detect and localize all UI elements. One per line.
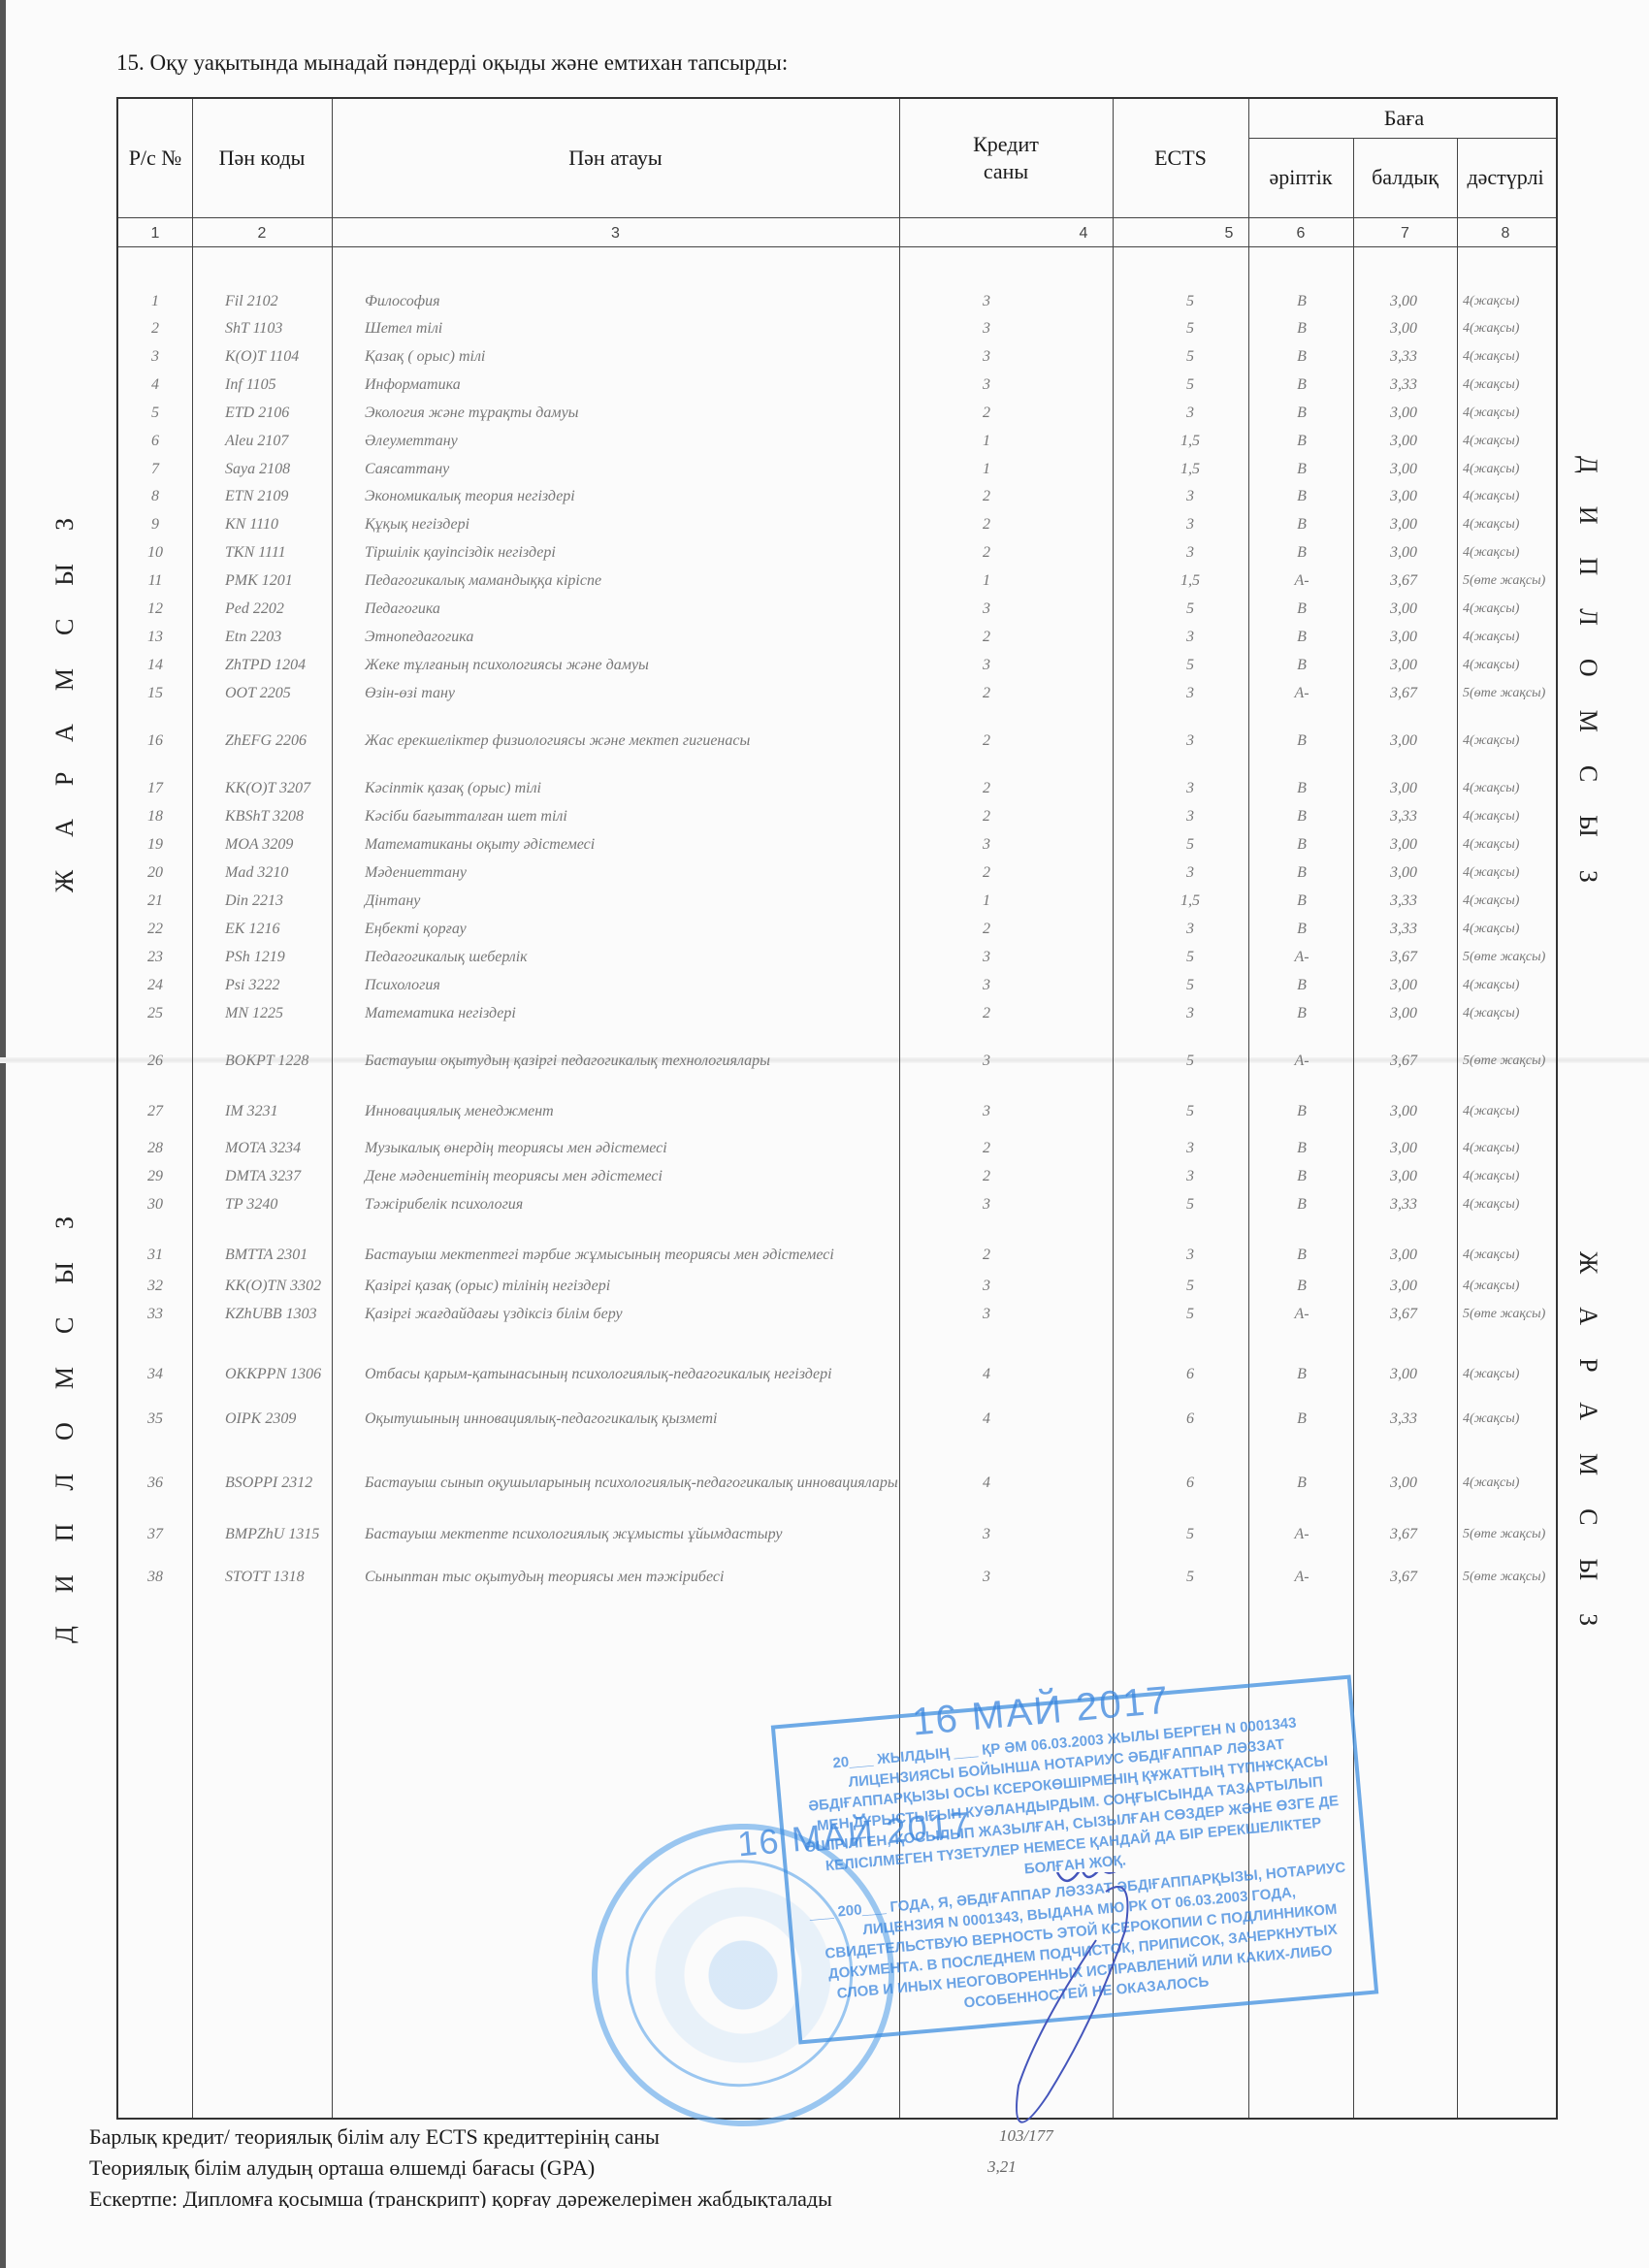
traditional-grade: 4(жақсы): [1463, 1406, 1589, 1433]
grade-points: 3,00: [1350, 483, 1457, 510]
credits: 3: [899, 343, 1074, 371]
ects-credits: 5: [1113, 831, 1248, 859]
credits: 4: [899, 1348, 1074, 1401]
header-name: Пән атауы: [332, 99, 899, 217]
traditional-grade: 4(жақсы): [1463, 624, 1589, 651]
ects-credits: 3: [1113, 916, 1248, 943]
total-credits-label: Барлық кредит/ теориялық білім алу ECTS …: [89, 2124, 660, 2150]
col-number: 2: [192, 220, 332, 247]
table-row: 1Fil 2102Философия35B3,004(жақсы): [118, 288, 1556, 315]
table-row: 38STOTT 1318Сыныптан тыс оқытудың теория…: [118, 1564, 1556, 1591]
table-row: 19MOA 3209Математиканы оқыту әдістемесі3…: [118, 831, 1556, 859]
ects-credits: 5: [1113, 1191, 1248, 1218]
grade-points: 3,33: [1350, 372, 1457, 399]
grade-points: 3,00: [1350, 539, 1457, 567]
ects-credits: 3: [1113, 859, 1248, 887]
subject-name: Өзін-өзі тану: [365, 680, 927, 707]
traditional-grade: 4(жақсы): [1463, 1348, 1589, 1401]
credits: 1: [899, 567, 1074, 595]
credits: 2: [899, 1000, 1074, 1027]
traditional-grade: 4(жақсы): [1463, 1191, 1589, 1218]
row-number: 9: [118, 511, 192, 538]
total-credits-value: 103/177: [999, 2126, 1053, 2146]
grade-points: 3,00: [1350, 1135, 1457, 1162]
credits: 2: [899, 728, 1074, 755]
letter-grade: B: [1248, 1191, 1355, 1218]
traditional-grade: 4(жақсы): [1463, 972, 1589, 999]
table-row: 26BOKPT 1228Бастауыш оқытудың қазіргі пе…: [118, 1048, 1556, 1075]
ects-credits: 5: [1113, 1508, 1248, 1561]
row-number: 20: [118, 859, 192, 887]
col-number: 6: [1248, 220, 1353, 247]
row-number: 26: [118, 1048, 192, 1075]
row-number: 14: [118, 652, 192, 679]
table-row: 32KK(O)TN 3302Қазіргі қазақ (орыс) тілін…: [118, 1273, 1556, 1300]
table-row: 20Mad 3210Мәдениеттану23B3,004(жақсы): [118, 859, 1556, 887]
traditional-grade: 4(жақсы): [1463, 888, 1589, 915]
grade-points: 3,33: [1350, 888, 1457, 915]
credits: 2: [899, 916, 1074, 943]
credits: 3: [899, 1508, 1074, 1561]
letter-grade: B: [1248, 1000, 1355, 1027]
credits: 2: [899, 680, 1074, 707]
traditional-grade: 4(жақсы): [1463, 728, 1589, 755]
subject-name: Педагогика: [365, 596, 927, 623]
credits: 3: [899, 652, 1074, 679]
traditional-grade: 5(өте жақсы): [1463, 944, 1589, 971]
table-row: 15OOT 2205Өзін-өзі тану23A-3,675(өте жақ…: [118, 680, 1556, 707]
table-row: 9KN 1110Құқық негіздері23B3,004(жақсы): [118, 511, 1556, 538]
credits: 1: [899, 456, 1074, 483]
credits: 4: [899, 1457, 1074, 1509]
grade-points: 3,00: [1350, 315, 1457, 342]
table-row: 17KK(O)T 3207Кәсіптік қазақ (орыс) тілі2…: [118, 775, 1556, 802]
credits: 2: [899, 539, 1074, 567]
col-number: 7: [1353, 220, 1457, 247]
letter-grade: A-: [1248, 1048, 1355, 1075]
subject-name: Қазіргі қазақ (орыс) тілінің негіздері: [365, 1273, 927, 1300]
traditional-grade: 4(жақсы): [1463, 456, 1589, 483]
table-row: 7Saya 2108Саясаттану11,5B3,004(жақсы): [118, 456, 1556, 483]
letter-grade: A-: [1248, 944, 1355, 971]
ects-credits: 5: [1113, 315, 1248, 342]
grade-points: 3,00: [1350, 728, 1457, 755]
grade-points: 3,67: [1350, 680, 1457, 707]
grade-points: 3,33: [1350, 803, 1457, 830]
table-row: 30TP 3240Тәжірибелік психология35B3,334(…: [118, 1191, 1556, 1218]
letter-grade: B: [1248, 888, 1355, 915]
credits: 3: [899, 1191, 1074, 1218]
ects-credits: 5: [1113, 944, 1248, 971]
traditional-grade: 4(жақсы): [1463, 803, 1589, 830]
row-number: 37: [118, 1508, 192, 1561]
grade-points: 3,00: [1350, 1163, 1457, 1190]
subject-name: Кәсіби бағытталған шет тілі: [365, 803, 927, 830]
row-number: 1: [118, 288, 192, 315]
traditional-grade: 4(жақсы): [1463, 372, 1589, 399]
grade-points: 3,33: [1350, 1191, 1457, 1218]
ects-credits: 1,5: [1113, 428, 1248, 455]
table-row: 37BMPZhU 1315Бастауыш мектепте психологи…: [118, 1508, 1556, 1561]
traditional-grade: 4(жақсы): [1463, 859, 1589, 887]
grade-points: 3,67: [1350, 1048, 1457, 1075]
gpa-label: Теориялық білім алудың орташа өлшемді ба…: [89, 2155, 595, 2181]
row-number: 2: [118, 315, 192, 342]
subject-name: Оқытушының инновациялық-педагогикалық қы…: [365, 1406, 927, 1433]
grade-points: 3,67: [1350, 1301, 1457, 1328]
credits: 2: [899, 624, 1074, 651]
grade-points: 3,67: [1350, 567, 1457, 595]
row-number: 27: [118, 1098, 192, 1125]
subject-name: Бастауыш оқытудың қазіргі педагогикалық …: [365, 1048, 927, 1075]
credits: 4: [899, 1406, 1074, 1433]
ects-credits: 6: [1113, 1406, 1248, 1433]
letter-grade: B: [1248, 428, 1355, 455]
credits: 2: [899, 1135, 1074, 1162]
credits: 2: [899, 483, 1074, 510]
traditional-grade: 4(жақсы): [1463, 315, 1589, 342]
subject-name: Бастауыш мектепте психологиялық жұмысты …: [365, 1508, 927, 1561]
credits: 3: [899, 972, 1074, 999]
table-row: 22EK 1216Еңбекті қорғау23B3,334(жақсы): [118, 916, 1556, 943]
grade-points: 3,00: [1350, 288, 1457, 315]
ects-credits: 5: [1113, 1301, 1248, 1328]
subject-name: Кәсіптік қазақ (орыс) тілі: [365, 775, 927, 802]
subject-name: Информатика: [365, 372, 927, 399]
letter-grade: B: [1248, 400, 1355, 427]
subject-name: Құқық негіздері: [365, 511, 927, 538]
traditional-grade: 4(жақсы): [1463, 1163, 1589, 1190]
grade-points: 3,00: [1350, 1098, 1457, 1125]
letter-grade: B: [1248, 372, 1355, 399]
watermark-left-bottom: ДИПЛОМСЫЗ: [50, 1183, 80, 1643]
letter-grade: B: [1248, 1163, 1355, 1190]
ects-credits: 3: [1113, 1135, 1248, 1162]
ects-credits: 6: [1113, 1457, 1248, 1509]
scan-edge: [0, 0, 6, 2268]
table-row: 28MOTA 3234Музыкалық өнердің теориясы ме…: [118, 1135, 1556, 1162]
table-row: 13Etn 2203Этнопедагогика23B3,004(жақсы): [118, 624, 1556, 651]
letter-grade: A-: [1248, 567, 1355, 595]
letter-grade: B: [1248, 775, 1355, 802]
row-number: 5: [118, 400, 192, 427]
subject-name: Экология және тұрақты дамуы: [365, 400, 927, 427]
ects-credits: 5: [1113, 1273, 1248, 1300]
ects-credits: 5: [1113, 1048, 1248, 1075]
watermark-right-top: ДИПЛОМСЫЗ: [1573, 456, 1602, 916]
grade-points: 3,00: [1350, 1000, 1457, 1027]
table-row: 34OKKPPN 1306Отбасы қарым-қатынасының пс…: [118, 1348, 1556, 1401]
table-row: 2ShT 1103Шетел тілі35B3,004(жақсы): [118, 315, 1556, 342]
traditional-grade: 5(өте жақсы): [1463, 567, 1589, 595]
row-number: 32: [118, 1273, 192, 1300]
subject-name: Сыныптан тыс оқытудың теориясы мен тәжір…: [365, 1564, 927, 1591]
grade-points: 3,00: [1350, 1457, 1457, 1509]
grade-points: 3,00: [1350, 775, 1457, 802]
traditional-grade: 5(өте жақсы): [1463, 1048, 1589, 1075]
ects-credits: 3: [1113, 511, 1248, 538]
letter-grade: B: [1248, 916, 1355, 943]
letter-grade: B: [1248, 539, 1355, 567]
letter-grade: B: [1248, 483, 1355, 510]
grade-points: 3,00: [1350, 456, 1457, 483]
row-number: 11: [118, 567, 192, 595]
credits: 2: [899, 400, 1074, 427]
table-row: 36BSOPPI 2312Бастауыш сынып оқушыларының…: [118, 1457, 1556, 1509]
subject-name: Отбасы қарым-қатынасының психологиялық-п…: [365, 1348, 927, 1401]
row-number: 19: [118, 831, 192, 859]
ects-credits: 5: [1113, 652, 1248, 679]
credits: 1: [899, 888, 1074, 915]
letter-grade: B: [1248, 315, 1355, 342]
grade-points: 3,00: [1350, 831, 1457, 859]
header-code: Пән коды: [192, 99, 332, 217]
traditional-grade: 4(жақсы): [1463, 511, 1589, 538]
header-no: Р/с №: [118, 99, 192, 217]
traditional-grade: 5(өте жақсы): [1463, 1564, 1589, 1591]
table-row: 8ETN 2109Экономикалық теория негіздері23…: [118, 483, 1556, 510]
ects-credits: 6: [1113, 1348, 1248, 1401]
credits: 3: [899, 831, 1074, 859]
grade-points: 3,00: [1350, 400, 1457, 427]
traditional-grade: 4(жақсы): [1463, 1000, 1589, 1027]
row-number: 10: [118, 539, 192, 567]
ects-credits: 3: [1113, 1163, 1248, 1190]
letter-grade: B: [1248, 1098, 1355, 1125]
letter-grade: B: [1248, 624, 1355, 651]
grade-points: 3,00: [1350, 624, 1457, 651]
grade-points: 3,00: [1350, 1348, 1457, 1401]
traditional-grade: 4(жақсы): [1463, 343, 1589, 371]
subject-name: Этнопедагогика: [365, 624, 927, 651]
grade-points: 3,00: [1350, 972, 1457, 999]
table-row: 11PMK 1201Педагогикалық мамандыққа кіріс…: [118, 567, 1556, 595]
row-number: 16: [118, 728, 192, 755]
subject-name: Жеке тұлғаның психологиясы және дамуы: [365, 652, 927, 679]
row-number: 38: [118, 1564, 192, 1591]
table-row: 10TKN 1111Тіршілік қауіпсіздік негіздері…: [118, 539, 1556, 567]
ects-credits: 3: [1113, 400, 1248, 427]
row-number: 4: [118, 372, 192, 399]
table-row: 29DMTA 3237Дене мәдениетінің теориясы ме…: [118, 1163, 1556, 1190]
subject-name: Саясаттану: [365, 456, 927, 483]
traditional-grade: 4(жақсы): [1463, 288, 1589, 315]
row-number: 34: [118, 1348, 192, 1401]
footer-note: Ескертпе: Дипломға қосымша (транскрипт) …: [89, 2187, 832, 2208]
subject-name: Инновациялық менеджмент: [365, 1098, 927, 1125]
ects-credits: 5: [1113, 372, 1248, 399]
letter-grade: A-: [1248, 1508, 1355, 1561]
subject-name: Математика негіздері: [365, 1000, 927, 1027]
subject-name: Экономикалық теория негіздері: [365, 483, 927, 510]
row-number: 36: [118, 1457, 192, 1509]
letter-grade: B: [1248, 1273, 1355, 1300]
traditional-grade: 4(жақсы): [1463, 483, 1589, 510]
grade-points: 3,67: [1350, 1508, 1457, 1561]
subject-name: Математиканы оқыту әдістемесі: [365, 831, 927, 859]
letter-grade: B: [1248, 803, 1355, 830]
row-number: 13: [118, 624, 192, 651]
subject-name: Қазақ ( орыс) тілі: [365, 343, 927, 371]
table-row: 25MN 1225Математика негіздері23B3,004(жа…: [118, 1000, 1556, 1027]
subject-name: Педагогикалық мамандыққа кіріспе: [365, 567, 927, 595]
table-row: 33KZhUBB 1303Қазіргі жағдайдағы үздіксіз…: [118, 1301, 1556, 1328]
row-number: 33: [118, 1301, 192, 1328]
row-number: 18: [118, 803, 192, 830]
row-number: 25: [118, 1000, 192, 1027]
col-number: 1: [118, 220, 192, 247]
subject-name: Психология: [365, 972, 927, 999]
credits: 2: [899, 1163, 1074, 1190]
row-number: 21: [118, 888, 192, 915]
credits: 3: [899, 288, 1074, 315]
header-ects: ECTS: [1113, 99, 1248, 217]
ects-credits: 1,5: [1113, 888, 1248, 915]
credits: 1: [899, 428, 1074, 455]
letter-grade: B: [1248, 831, 1355, 859]
watermark-left-top: ЖАРАМСЫЗ: [50, 485, 80, 892]
subject-name: Философия: [365, 288, 927, 315]
traditional-grade: 5(өте жақсы): [1463, 680, 1589, 707]
grade-points: 3,00: [1350, 859, 1457, 887]
grade-points: 3,00: [1350, 652, 1457, 679]
row-number: 35: [118, 1406, 192, 1433]
letter-grade: B: [1248, 511, 1355, 538]
letter-grade: B: [1248, 343, 1355, 371]
grade-points: 3,00: [1350, 428, 1457, 455]
table-row: 27IM 3231Инновациялық менеджмент35B3,004…: [118, 1098, 1556, 1125]
ects-credits: 3: [1113, 803, 1248, 830]
row-number: 23: [118, 944, 192, 971]
credits: 3: [899, 596, 1074, 623]
header-letter: әріптік: [1248, 138, 1353, 217]
row-number: 15: [118, 680, 192, 707]
ects-credits: 3: [1113, 680, 1248, 707]
credits: 3: [899, 315, 1074, 342]
grade-points: 3,33: [1350, 1406, 1457, 1433]
header-credits: Кредит саны: [899, 99, 1113, 217]
row-number: 12: [118, 596, 192, 623]
letter-grade: B: [1248, 859, 1355, 887]
traditional-grade: 4(жақсы): [1463, 831, 1589, 859]
table-row: 24Psi 3222Психология35B3,004(жақсы): [118, 972, 1556, 999]
letter-grade: B: [1248, 1406, 1355, 1433]
credits: 3: [899, 1048, 1074, 1075]
ects-credits: 5: [1113, 288, 1248, 315]
ects-credits: 5: [1113, 972, 1248, 999]
row-number: 17: [118, 775, 192, 802]
traditional-grade: 4(жақсы): [1463, 1273, 1589, 1300]
letter-grade: B: [1248, 972, 1355, 999]
row-number: 28: [118, 1135, 192, 1162]
grade-points: 3,00: [1350, 511, 1457, 538]
traditional-grade: 4(жақсы): [1463, 652, 1589, 679]
col-number: 5: [1113, 220, 1248, 247]
table-row: 12Ped 2202Педагогика35B3,004(жақсы): [118, 596, 1556, 623]
credits: 3: [899, 1098, 1074, 1125]
letter-grade: B: [1248, 596, 1355, 623]
traditional-grade: 4(жақсы): [1463, 775, 1589, 802]
credits: 3: [899, 372, 1074, 399]
letter-grade: B: [1248, 456, 1355, 483]
letter-grade: B: [1248, 1348, 1355, 1401]
signature: [989, 1872, 1183, 2154]
ects-credits: 5: [1113, 343, 1248, 371]
traditional-grade: 4(жақсы): [1463, 1135, 1589, 1162]
table-row: 23PSh 1219Педагогикалық шеберлік35A-3,67…: [118, 944, 1556, 971]
section-title: 15. Оқу уақытында мынадай пәндерді оқыды…: [116, 50, 788, 76]
row-number: 3: [118, 343, 192, 371]
grade-points: 3,67: [1350, 1564, 1457, 1591]
ects-credits: 3: [1113, 728, 1248, 755]
row-number: 24: [118, 972, 192, 999]
traditional-grade: 5(өте жақсы): [1463, 1301, 1589, 1328]
credits: 2: [899, 803, 1074, 830]
row-number: 22: [118, 916, 192, 943]
credits: 2: [899, 775, 1074, 802]
ects-credits: 1,5: [1113, 567, 1248, 595]
subject-name: Дене мәдениетінің теориясы мен әдістемес…: [365, 1163, 927, 1190]
col-number: 8: [1457, 220, 1554, 247]
letter-grade: B: [1248, 728, 1355, 755]
ects-credits: 3: [1113, 483, 1248, 510]
subject-name: Педагогикалық шеберлік: [365, 944, 927, 971]
ects-credits: 5: [1113, 1098, 1248, 1125]
table-row: 6Aleu 2107Әлеуметтану11,5B3,004(жақсы): [118, 428, 1556, 455]
credits: 2: [899, 511, 1074, 538]
row-number: 7: [118, 456, 192, 483]
col-number: 4: [899, 220, 1113, 247]
credits: 3: [899, 944, 1074, 971]
row-number: 8: [118, 483, 192, 510]
letter-grade: A-: [1248, 1564, 1355, 1591]
traditional-grade: 4(жақсы): [1463, 400, 1589, 427]
traditional-grade: 4(жақсы): [1463, 916, 1589, 943]
traditional-grade: 4(жақсы): [1463, 539, 1589, 567]
table-row: 18KBShT 3208Кәсіби бағытталған шет тілі2…: [118, 803, 1556, 830]
subject-name: Мәдениеттану: [365, 859, 927, 887]
table-row: 3K(O)T 1104Қазақ ( орыс) тілі35B3,334(жа…: [118, 343, 1556, 371]
subject-name: Бастауыш сынып оқушыларының психологиялы…: [365, 1457, 927, 1509]
traditional-grade: 4(жақсы): [1463, 1098, 1589, 1125]
header-traditional: дәстүрлі: [1457, 138, 1554, 217]
gpa-value: 3,21: [987, 2157, 1017, 2177]
ects-credits: 1,5: [1113, 456, 1248, 483]
row-number: 30: [118, 1191, 192, 1218]
subject-name: Қазіргі жағдайдағы үздіксіз білім беру: [365, 1301, 927, 1328]
header-points: балдық: [1353, 138, 1457, 217]
grade-points: 3,00: [1350, 596, 1457, 623]
ects-credits: 5: [1113, 1564, 1248, 1591]
ects-credits: 3: [1113, 539, 1248, 567]
ects-credits: 3: [1113, 775, 1248, 802]
table-row: 16ZhEFG 2206Жас ерекшеліктер физиологияс…: [118, 728, 1556, 755]
grade-points: 3,00: [1350, 1273, 1457, 1300]
table-row: 21Din 2213Дінтану11,5B3,334(жақсы): [118, 888, 1556, 915]
traditional-grade: 4(жақсы): [1463, 428, 1589, 455]
subject-name: Музыкалық өнердің теориясы мен әдістемес…: [365, 1135, 927, 1162]
row-number: 6: [118, 428, 192, 455]
subject-name: Тіршілік қауіпсіздік негіздері: [365, 539, 927, 567]
row-divider: [118, 217, 1556, 218]
subject-name: Еңбекті қорғау: [365, 916, 927, 943]
subject-name: Әлеуметтану: [365, 428, 927, 455]
ects-credits: 5: [1113, 596, 1248, 623]
grade-points: 3,33: [1350, 343, 1457, 371]
row-number: 29: [118, 1163, 192, 1190]
table-row: 4Inf 1105Информатика35B3,334(жақсы): [118, 372, 1556, 399]
ects-credits: 3: [1113, 624, 1248, 651]
